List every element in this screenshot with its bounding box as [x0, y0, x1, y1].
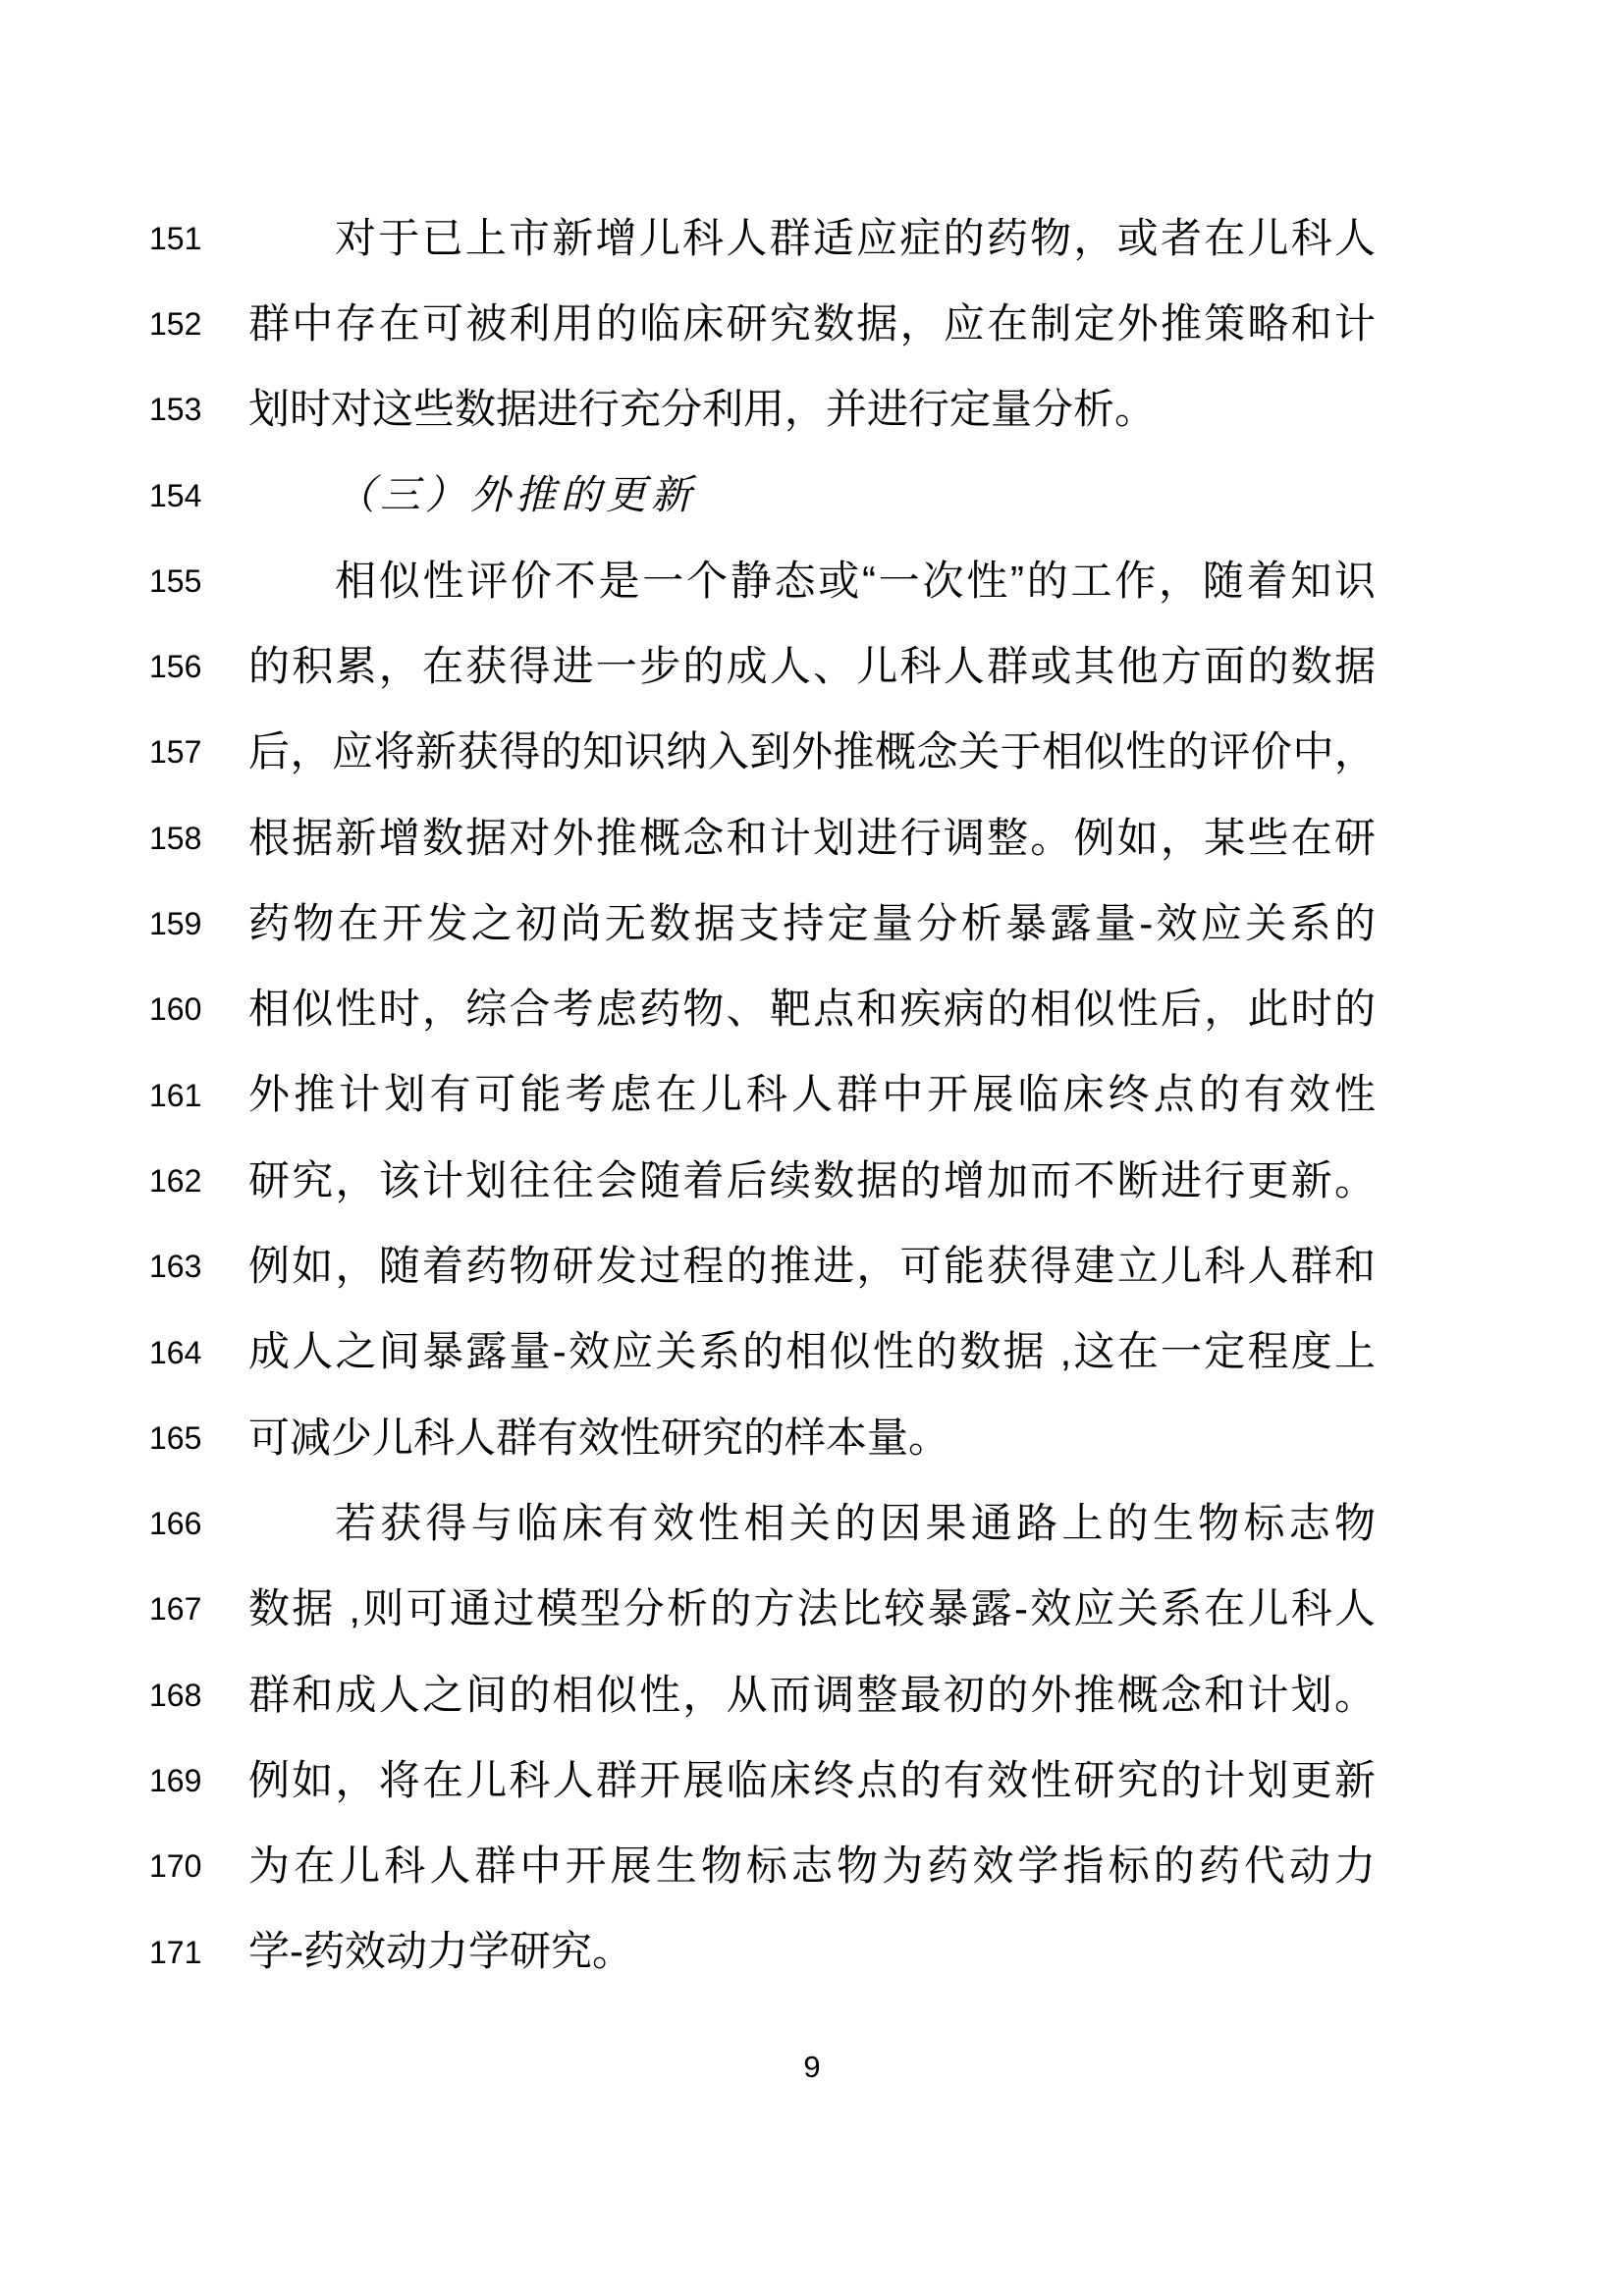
line-text: 群中存在可被利用的临床研究数据，应在制定外推策略和计 [248, 300, 1376, 347]
text-line: 164 成人之间暴露量-效应关系的相似性的数据 ,这在一定程度上 [0, 1309, 1624, 1395]
text-line: 167 数据 ,则可通过模型分析的方法比较暴露-效应关系在儿科人 [0, 1567, 1624, 1652]
text-line: 168 群和成人之间的相似性，从而调整最初的外推概念和计划。 [0, 1652, 1624, 1737]
page-number: 9 [0, 2052, 1624, 2082]
line-number: 156 [0, 651, 248, 682]
text-line: 156 的积累，在获得进一步的成人、儿科人群或其他方面的数据 [0, 623, 1624, 709]
text-line: 157 后，应将新获得的知识纳入到外推概念关于相似性的评价中， [0, 710, 1624, 795]
line-number: 157 [0, 736, 248, 768]
line-number: 163 [0, 1251, 248, 1282]
line-text: 研究，该计划往往会随着后续数据的增加而不断进行更新。 [248, 1157, 1376, 1204]
text-line: 165 可减少儿科人群有效性研究的样本量。 [0, 1395, 1624, 1480]
line-text: 后，应将新获得的知识纳入到外推概念关于相似性的评价中， [248, 728, 1376, 775]
line-text: 为在儿科人群中开展生物标志物为药效学指标的药代动力 [248, 1842, 1376, 1890]
line-number: 164 [0, 1337, 248, 1368]
text-line: 153 划时对这些数据进行充分利用，并进行定量分析。 [0, 367, 1624, 453]
line-text: 学-药效动力学研究。 [248, 1928, 1376, 1975]
text-line: 151 对于已上市新增儿科人群适应症的药物，或者在儿科人 [0, 195, 1624, 281]
line-text: 根据新增数据对外推概念和计划进行调整。例如，某些在研 [248, 815, 1376, 862]
text-line: 171 学-药效动力学研究。 [0, 1909, 1624, 1995]
line-number: 159 [0, 908, 248, 939]
text-line: 166 若获得与临床有效性相关的因果通路上的生物标志物 [0, 1480, 1624, 1566]
line-number: 158 [0, 823, 248, 854]
line-number: 170 [0, 1850, 248, 1882]
line-number: 168 [0, 1680, 248, 1711]
text-line: 169 例如，将在儿科人群开展临床终点的有效性研究的计划更新 [0, 1737, 1624, 1823]
line-number: 171 [0, 1937, 248, 1968]
section-heading-line: 154 （三）外推的更新 [0, 453, 1624, 538]
line-text: 可减少儿科人群有效性研究的样本量。 [248, 1415, 1376, 1462]
text-line: 155 相似性评价不是一个静态或“一次性”的工作，随着知识 [0, 538, 1624, 623]
line-text: 相似性时，综合考虑药物、靶点和疾病的相似性后，此时的 [248, 986, 1376, 1033]
line-text: 对于已上市新增儿科人群适应症的药物，或者在儿科人 [248, 215, 1376, 262]
line-text: 药物在开发之初尚无数据支持定量分析暴露量-效应关系的 [248, 900, 1376, 947]
line-number: 167 [0, 1593, 248, 1625]
line-number: 161 [0, 1080, 248, 1111]
text-line: 160 相似性时，综合考虑药物、靶点和疾病的相似性后，此时的 [0, 967, 1624, 1052]
line-number: 154 [0, 480, 248, 511]
text-line: 152 群中存在可被利用的临床研究数据，应在制定外推策略和计 [0, 281, 1624, 366]
line-number: 152 [0, 308, 248, 340]
line-number: 153 [0, 394, 248, 425]
text-line: 159 药物在开发之初尚无数据支持定量分析暴露量-效应关系的 [0, 881, 1624, 966]
line-text: 划时对这些数据进行充分利用，并进行定量分析。 [248, 386, 1376, 433]
line-text: 若获得与临床有效性相关的因果通路上的生物标志物 [248, 1500, 1376, 1547]
line-number: 162 [0, 1165, 248, 1197]
line-number: 165 [0, 1422, 248, 1454]
line-number: 166 [0, 1508, 248, 1539]
text-line: 170 为在儿科人群中开展生物标志物为药效学指标的药代动力 [0, 1824, 1624, 1909]
line-text: 例如，随着药物研发过程的推进，可能获得建立儿科人群和 [248, 1243, 1376, 1290]
section-heading: （三）外推的更新 [248, 472, 1376, 518]
line-number: 169 [0, 1765, 248, 1796]
line-text: 成人之间暴露量-效应关系的相似性的数据 ,这在一定程度上 [248, 1328, 1376, 1375]
line-number: 155 [0, 565, 248, 597]
line-number: 160 [0, 993, 248, 1025]
document-page: 151 对于已上市新增儿科人群适应症的药物，或者在儿科人 152 群中存在可被利… [0, 0, 1624, 2296]
line-text: 数据 ,则可通过模型分析的方法比较暴露-效应关系在儿科人 [248, 1585, 1376, 1632]
text-line: 161 外推计划有可能考虑在儿科人群中开展临床终点的有效性 [0, 1052, 1624, 1138]
line-text: 相似性评价不是一个静态或“一次性”的工作，随着知识 [248, 558, 1376, 605]
line-text: 外推计划有可能考虑在儿科人群中开展临床终点的有效性 [248, 1071, 1376, 1118]
line-text: 群和成人之间的相似性，从而调整最初的外推概念和计划。 [248, 1672, 1376, 1719]
line-text: 的积累，在获得进一步的成人、儿科人群或其他方面的数据 [248, 643, 1376, 690]
text-line: 163 例如，随着药物研发过程的推进，可能获得建立儿科人群和 [0, 1224, 1624, 1309]
document-body: 151 对于已上市新增儿科人群适应症的药物，或者在儿科人 152 群中存在可被利… [0, 195, 1624, 1995]
text-line: 162 研究，该计划往往会随着后续数据的增加而不断进行更新。 [0, 1138, 1624, 1223]
line-number: 151 [0, 223, 248, 254]
text-line: 158 根据新增数据对外推概念和计划进行调整。例如，某些在研 [0, 795, 1624, 881]
line-text: 例如，将在儿科人群开展临床终点的有效性研究的计划更新 [248, 1757, 1376, 1804]
